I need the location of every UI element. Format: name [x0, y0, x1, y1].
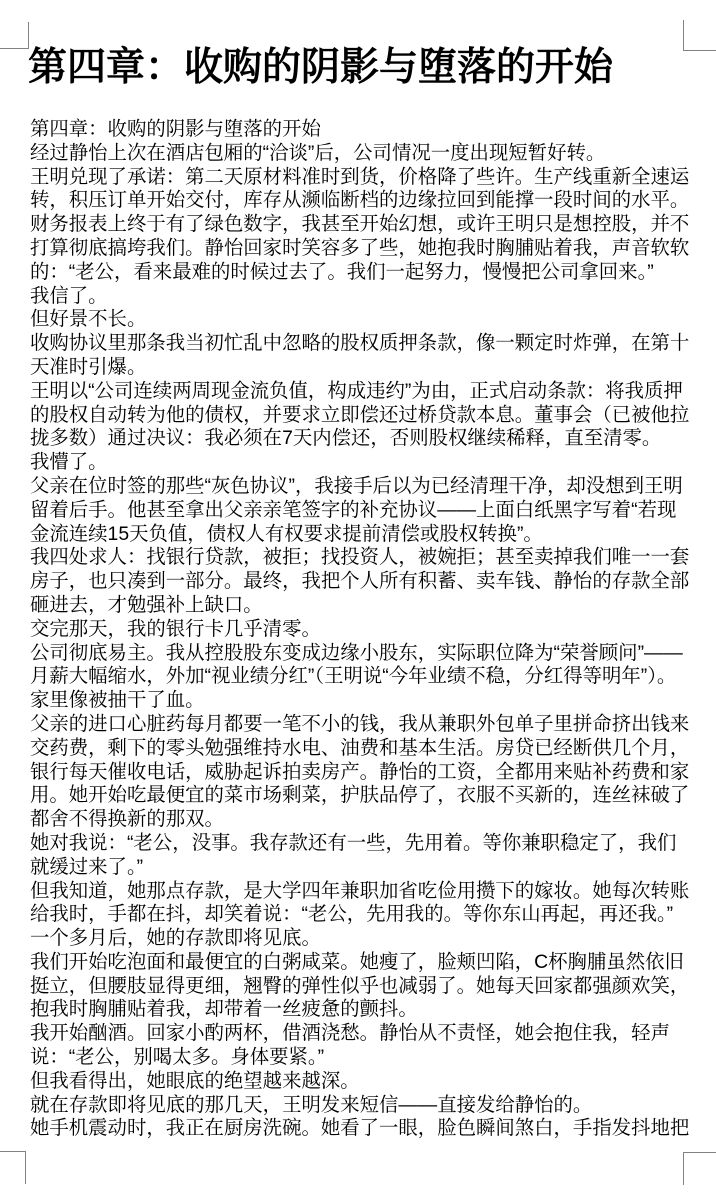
crop-mark-bottom-right-icon: [683, 1152, 716, 1185]
crop-mark-top-left-icon: [0, 22, 29, 49]
paragraph: 经过静怡上次在酒店包厢的“洽谈”后，公司情况一度出现短暂好转。: [30, 142, 690, 166]
paragraph: 我四处求人：找银行贷款，被拒；找投资人，被婉拒；甚至卖掉我们唯一一套房子，也只凑…: [30, 546, 690, 617]
paragraph: 她手机震动时，我正在厨房洗碗。她看了一眼，脸色瞬间煞白，手指发抖地把: [30, 1117, 690, 1141]
paragraph: 我信了。: [30, 285, 690, 309]
chapter-heading: 第四章：收购的阴影与堕落的开始: [28, 45, 613, 92]
crop-mark-top-right-icon: [683, 20, 716, 51]
paragraph: 收购协议里那条我当初忙乱中忽略的股权质押条款，像一颗定时炸弹，在第十天准时引爆。: [30, 332, 690, 380]
paragraph: 但好景不长。: [30, 308, 690, 332]
paragraph: 王明兑现了承诺：第二天原材料准时到货，价格降了些许。生产线重新全速运转，积压订单…: [30, 166, 690, 285]
paragraph: 一个多月后，她的存款即将见底。: [30, 927, 690, 951]
paragraph: 王明以“公司连续两周现金流负值，构成违约”为由，正式启动条款：将我质押的股权自动…: [30, 380, 690, 451]
paragraph: 但我看得出，她眼底的绝望越来越深。: [30, 1070, 690, 1094]
paragraph: 但我知道，她那点存款，是大学四年兼职加省吃俭用攒下的嫁妆。她每次转账给我时，手都…: [30, 880, 690, 928]
paragraph: 她对我说：“老公，没事。我存款还有一些，先用着。等你兼职稳定了，我们就缓过来了。…: [30, 832, 690, 880]
paragraph: 我们开始吃泡面和最便宜的白粥咸菜。她瘦了，脸颊凹陷，C杯胸脯虽然依旧挺立，但腰肢…: [30, 951, 690, 1022]
paragraph: 家里像被抽干了血。: [30, 689, 690, 713]
paragraph: 父亲的进口心脏药每月都要一笔不小的钱，我从兼职外包单子里拼命挤出钱来交药费，剩下…: [30, 713, 690, 832]
crop-mark-bottom-left-icon: [0, 1151, 26, 1184]
paragraph: 第四章：收购的阴影与堕落的开始: [30, 118, 690, 142]
paragraph: 就在存款即将见底的那几天，王明发来短信——直接发给静怡的。: [30, 1094, 690, 1118]
paragraph: 父亲在位时签的那些“灰色协议”，我接手后以为已经清理干净，却没想到王明留着后手。…: [30, 475, 690, 546]
chapter-body: 第四章：收购的阴影与堕落的开始经过静怡上次在酒店包厢的“洽谈”后，公司情况一度出…: [30, 118, 690, 1141]
paragraph: 我开始酗酒。回家小酌两杯，借酒浇愁。静怡从不责怪，她会抱住我，轻声说：“老公，别…: [30, 1022, 690, 1070]
paragraph: 我懵了。: [30, 451, 690, 475]
paragraph: 交完那天，我的银行卡几乎清零。: [30, 618, 690, 642]
paragraph: 公司彻底易主。我从控股股东变成边缘小股东，实际职位降为“荣誉顾问”——月薪大幅缩…: [30, 642, 690, 690]
document-page: 第四章：收购的阴影与堕落的开始 第四章：收购的阴影与堕落的开始经过静怡上次在酒店…: [0, 0, 716, 1200]
